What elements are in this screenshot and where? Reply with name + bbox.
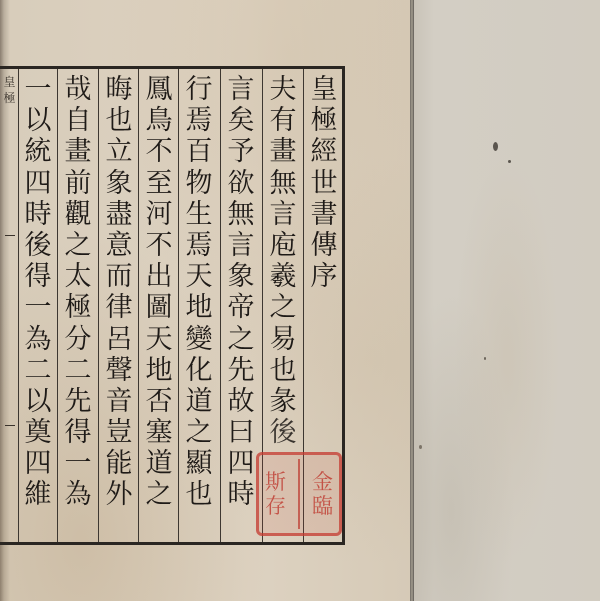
character: 否 xyxy=(142,386,176,417)
character: 出 xyxy=(142,261,176,292)
seal-character: 金 xyxy=(312,470,333,494)
character: 言 xyxy=(224,74,258,105)
character: 有 xyxy=(266,105,300,136)
character: 生 xyxy=(182,199,216,230)
character: 經 xyxy=(307,136,341,167)
character: 化 xyxy=(182,355,216,386)
character: 夫 xyxy=(266,74,300,105)
character: 河 xyxy=(142,199,176,230)
character: 地 xyxy=(182,292,216,323)
margin-edge-mark xyxy=(5,235,15,236)
character: 皇 xyxy=(307,74,341,105)
character: 時 xyxy=(21,199,55,230)
character: 予 xyxy=(224,136,258,167)
character: 極 xyxy=(61,292,95,323)
character: 易 xyxy=(266,324,300,355)
character: 二 xyxy=(61,355,95,386)
character: 地 xyxy=(142,355,176,386)
character: 言 xyxy=(266,199,300,230)
character: 立 xyxy=(102,136,136,167)
stain-speck xyxy=(508,160,511,163)
character: 也 xyxy=(266,355,300,386)
character: 一 xyxy=(61,448,95,479)
character: 豈 xyxy=(102,417,136,448)
character: 畫 xyxy=(266,136,300,167)
character: 無 xyxy=(266,168,300,199)
character: 天 xyxy=(142,324,176,355)
character: 畫 xyxy=(61,136,95,167)
character: 天 xyxy=(182,261,216,292)
character: 物 xyxy=(182,168,216,199)
character: 之 xyxy=(224,324,258,355)
margin-character: 極 xyxy=(3,90,15,106)
character: 外 xyxy=(102,479,136,510)
character: 行 xyxy=(182,74,216,105)
character: 時 xyxy=(224,479,258,510)
character: 音 xyxy=(102,386,136,417)
character: 矣 xyxy=(224,105,258,136)
text-column: 晦也立象盡意而律呂聲音豈能外 xyxy=(99,74,139,542)
character: 塞 xyxy=(142,417,176,448)
character: 聲 xyxy=(102,355,136,386)
character: 帝 xyxy=(224,292,258,323)
character: 前 xyxy=(61,168,95,199)
seal-character: 臨 xyxy=(312,494,333,518)
character: 太 xyxy=(61,261,95,292)
text-column: 一以統四時後得一為二以奠四維 xyxy=(18,74,58,542)
character: 而 xyxy=(102,261,136,292)
character: 後 xyxy=(21,230,55,261)
seal-column: 金臨 xyxy=(312,470,333,518)
text-column: 鳳鳥不至河不出圖天地否塞道之 xyxy=(139,74,179,542)
character: 奠 xyxy=(21,417,55,448)
red-seal-stamp: 金臨 斯存 xyxy=(256,452,342,536)
character: 無 xyxy=(224,199,258,230)
character: 彖 xyxy=(266,386,300,417)
stain-speck xyxy=(493,142,498,151)
seal-divider xyxy=(298,459,300,529)
character: 庖 xyxy=(266,230,300,261)
character: 四 xyxy=(21,168,55,199)
character: 不 xyxy=(142,136,176,167)
margin-edge-text: 皇極 xyxy=(2,74,17,106)
character: 自 xyxy=(61,105,95,136)
character: 也 xyxy=(102,105,136,136)
character: 變 xyxy=(182,324,216,355)
character: 之 xyxy=(142,479,176,510)
character: 傳 xyxy=(307,230,341,261)
character: 先 xyxy=(61,386,95,417)
character: 焉 xyxy=(182,105,216,136)
character: 鳳 xyxy=(142,74,176,105)
margin-edge-mark xyxy=(5,425,15,426)
character: 至 xyxy=(142,168,176,199)
character: 之 xyxy=(61,230,95,261)
character: 不 xyxy=(142,230,176,261)
character: 以 xyxy=(21,105,55,136)
character: 道 xyxy=(182,386,216,417)
seal-column: 斯存 xyxy=(265,470,286,518)
stain-speck xyxy=(419,445,422,449)
character: 能 xyxy=(102,448,136,479)
character: 道 xyxy=(142,448,176,479)
character: 四 xyxy=(21,448,55,479)
character: 觀 xyxy=(61,199,95,230)
character: 之 xyxy=(266,292,300,323)
character: 言 xyxy=(224,230,258,261)
character: 曰 xyxy=(224,417,258,448)
character: 得 xyxy=(61,417,95,448)
seal-character: 斯 xyxy=(265,470,286,494)
text-column: 言矣予欲無言象帝之先故曰四時 xyxy=(221,74,261,542)
character: 象 xyxy=(224,261,258,292)
character: 之 xyxy=(182,417,216,448)
character: 也 xyxy=(182,479,216,510)
character: 以 xyxy=(21,386,55,417)
character: 故 xyxy=(224,386,258,417)
character: 序 xyxy=(307,261,341,292)
character: 世 xyxy=(307,168,341,199)
character: 欲 xyxy=(224,168,258,199)
character: 先 xyxy=(224,355,258,386)
character: 鳥 xyxy=(142,105,176,136)
character: 羲 xyxy=(266,261,300,292)
seal-character: 存 xyxy=(265,494,286,518)
character: 二 xyxy=(21,355,55,386)
character: 晦 xyxy=(102,74,136,105)
character: 為 xyxy=(61,479,95,510)
character: 一 xyxy=(21,74,55,105)
text-column: 行焉百物生焉天地變化道之顯也 xyxy=(179,74,219,542)
character: 意 xyxy=(102,230,136,261)
character: 後 xyxy=(266,417,300,448)
character: 一 xyxy=(21,292,55,323)
character: 統 xyxy=(21,136,55,167)
character: 書 xyxy=(307,199,341,230)
right-page xyxy=(414,0,600,601)
character: 哉 xyxy=(61,74,95,105)
character: 焉 xyxy=(182,230,216,261)
character: 為 xyxy=(21,324,55,355)
character: 律 xyxy=(102,292,136,323)
character: 百 xyxy=(182,136,216,167)
character: 盡 xyxy=(102,199,136,230)
character: 極 xyxy=(307,105,341,136)
character: 呂 xyxy=(102,324,136,355)
character: 得 xyxy=(21,261,55,292)
character: 圖 xyxy=(142,292,176,323)
stain-speck xyxy=(484,357,486,360)
character: 顯 xyxy=(182,448,216,479)
margin-character: 皇 xyxy=(3,74,15,90)
character: 維 xyxy=(21,479,55,510)
character: 象 xyxy=(102,168,136,199)
text-column: 哉自畫前觀之太極分二先得一為 xyxy=(58,74,98,542)
character: 四 xyxy=(224,448,258,479)
character: 分 xyxy=(61,324,95,355)
